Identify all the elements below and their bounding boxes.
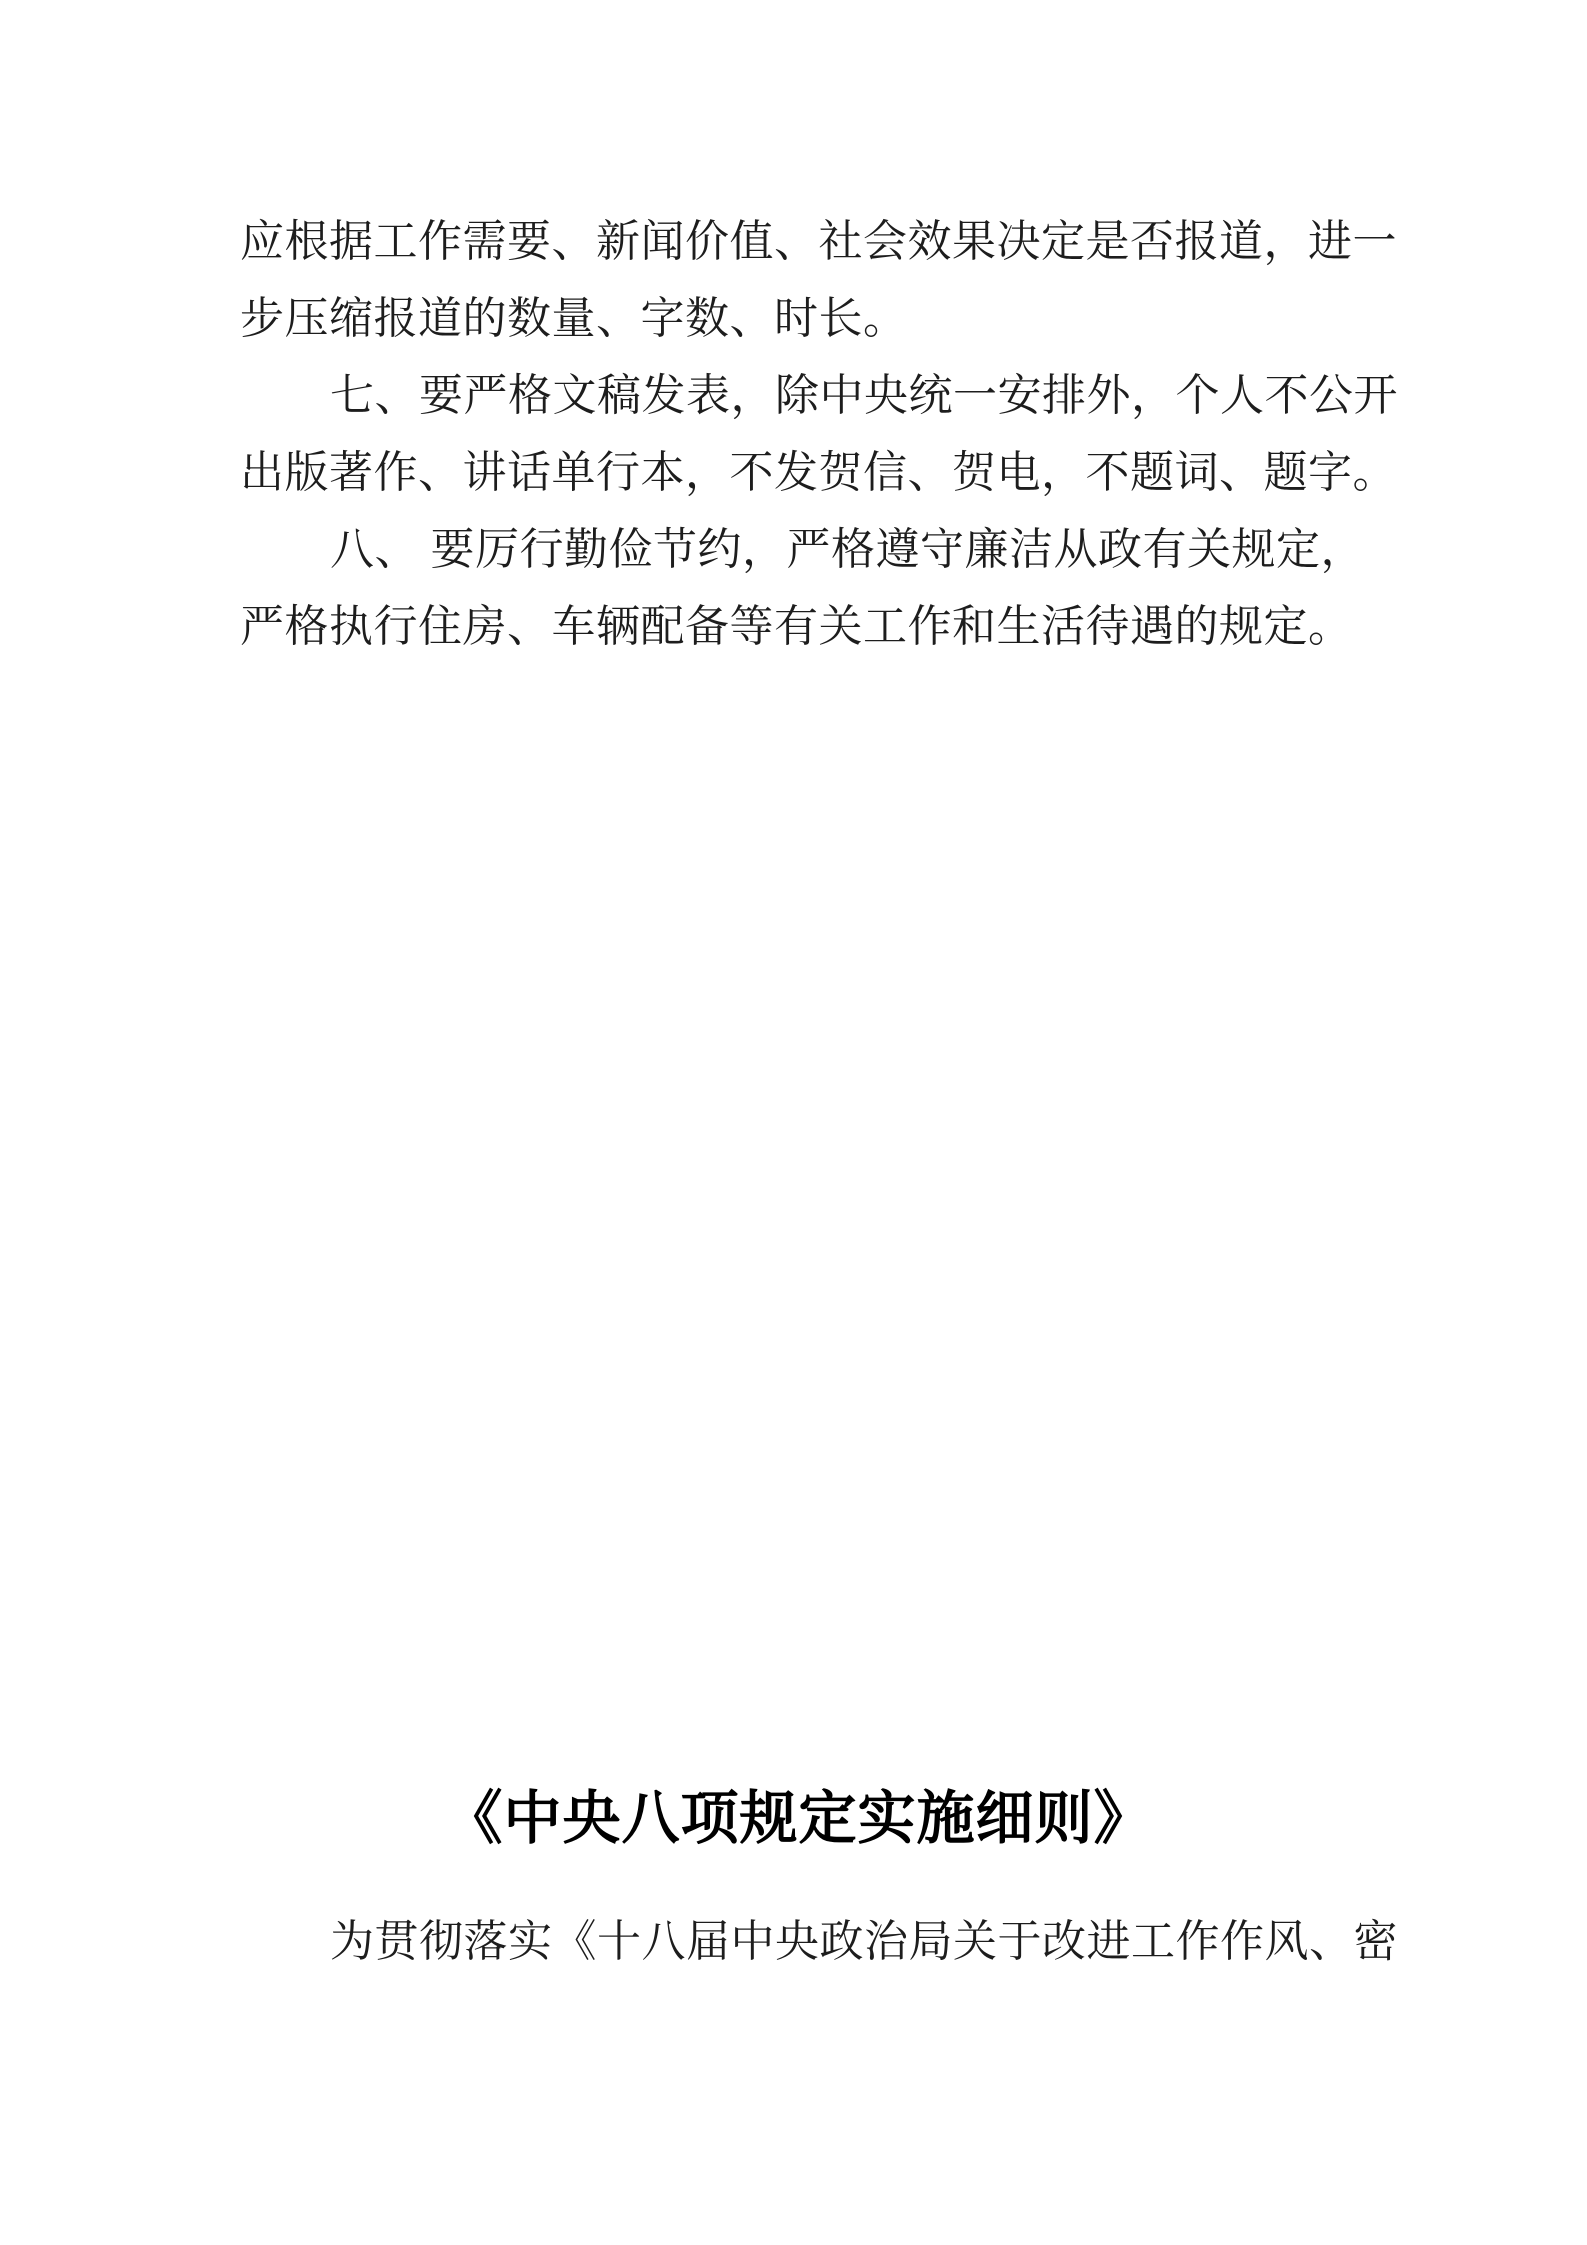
body-text-line: 八、 要厉行勤俭节约，严格遵守廉洁从政有关规定， (240, 511, 1357, 588)
body-text-line: 出版著作、讲话单行本，不发贺信、贺电，不题词、题字。 (240, 434, 1357, 511)
body-text-line: 应根据工作需要、新闻价值、社会效果决定是否报道，进一 (240, 203, 1357, 280)
body-text-block: 应根据工作需要、新闻价值、社会效果决定是否报道，进一 步压缩报道的数量、字数、时… (0, 0, 1587, 1980)
document-page: 应根据工作需要、新闻价值、社会效果决定是否报道，进一 步压缩报道的数量、字数、时… (0, 0, 1587, 2245)
body-text-line: 严格执行住房、车辆配备等有关工作和生活待遇的规定。 (240, 588, 1357, 665)
body-text-line: 七、要严格文稿发表，除中央统一安排外，个人不公开 (240, 357, 1357, 434)
body-text-line: 为贯彻落实《十八届中央政治局关于改进工作作风、密 (240, 1903, 1357, 1980)
body-text-line: 步压缩报道的数量、字数、时长。 (240, 280, 1357, 357)
following-text-block: 为贯彻落实《十八届中央政治局关于改进工作作风、密 (240, 1903, 1357, 1980)
section-title: 《中央八项规定实施细则》 (240, 1773, 1357, 1865)
